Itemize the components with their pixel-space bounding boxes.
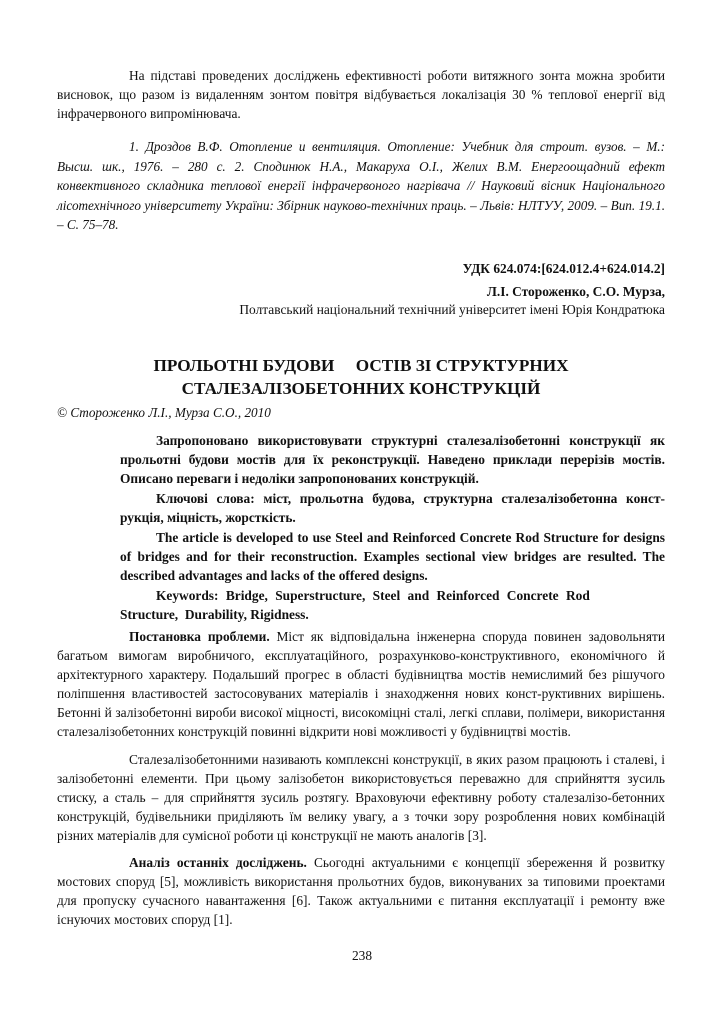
abstract-english: The article is developed to use Steel an…	[120, 528, 665, 585]
section-problem-statement: Постановка проблеми. Міст як відповідаль…	[57, 627, 665, 741]
keywords-ukrainian: Ключові слова: міст, прольотна будова, с…	[120, 489, 665, 527]
page-number: 238	[0, 948, 724, 964]
keywords-english-line-1: Keywords: Bridge, Superstructure, Steel …	[120, 586, 665, 605]
section-heading-analysis: Аналіз останніх досліджень.	[129, 855, 307, 870]
title-line-2: СТАЛЕЗАЛІЗОБЕТОННИХ КОНСТРУКЦІЙ	[57, 377, 665, 400]
keywords-english-line-2: Structure, Durability, Rigidness.	[120, 605, 665, 624]
title-line-1: ПРОЛЬОТНІ БУДОВИ ОСТІВ ЗІ СТРУКТУРНИХ	[57, 354, 665, 377]
section-problem-paragraph-2: Сталезалізобетонними називають комплексн…	[57, 750, 665, 845]
article-title: ПРОЛЬОТНІ БУДОВИ ОСТІВ ЗІ СТРУКТУРНИХ СТ…	[57, 354, 665, 400]
previous-article-ending: На підставі проведених досліджень ефекти…	[57, 66, 665, 235]
section-text-problem: Міст як відповідальна інженерна споруда …	[57, 629, 665, 739]
copyright: © Стороженко Л.І., Мурза С.О., 2010	[57, 405, 271, 421]
keywords-english: Keywords: Bridge, Superstructure, Steel …	[120, 586, 665, 624]
udk-code: УДК 624.074:[624.012.4+624.014.2]	[463, 261, 665, 277]
authors: Л.І. Стороженко, С.О. Мурза,	[487, 284, 665, 300]
conclusion-paragraph: На підставі проведених досліджень ефекти…	[57, 66, 665, 123]
affiliation: Полтавський національний технічний уніве…	[239, 302, 665, 318]
abstract-ukrainian: Запропоновано використовувати структурні…	[120, 431, 665, 488]
section-recent-research: Аналіз останніх досліджень. Сьогодні акт…	[57, 853, 665, 929]
paragraph-steel-concrete: Сталезалізобетонними називають комплексн…	[57, 750, 665, 845]
references-list: 1. Дроздов В.Ф. Отопление и вентиляция. …	[57, 137, 665, 235]
section-heading-problem: Постановка проблеми.	[129, 629, 270, 644]
